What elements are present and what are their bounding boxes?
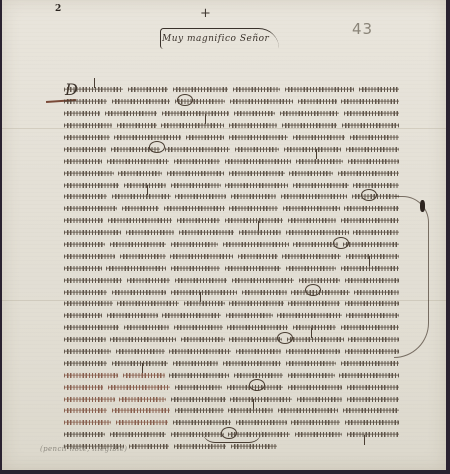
handwritten-word [348, 337, 399, 342]
folio-number: 43 [352, 20, 373, 38]
margin-flourish [394, 196, 429, 358]
handwritten-word [175, 385, 222, 390]
handwritten-word [286, 266, 337, 271]
handwritten-word [345, 278, 399, 283]
handwritten-word [112, 290, 166, 295]
manuscript-line [64, 405, 404, 417]
scan-background-edge [0, 470, 450, 474]
handwritten-word [341, 325, 400, 330]
handwritten-word [295, 432, 342, 437]
manuscript-line [64, 167, 404, 179]
handwritten-word [64, 230, 121, 235]
handwritten-word [288, 301, 340, 306]
handwritten-word [165, 147, 230, 152]
handwritten-word [234, 111, 276, 116]
handwritten-word [171, 183, 221, 188]
handwritten-word [174, 444, 226, 449]
manuscript-line [64, 346, 404, 358]
manuscript-line [64, 179, 404, 191]
handwritten-word [293, 325, 336, 330]
handwritten-word [171, 290, 237, 295]
manuscript-line [64, 215, 404, 227]
manuscript-line [64, 143, 404, 155]
ascender-stroke [316, 149, 317, 159]
handwritten-word [338, 171, 399, 176]
handwritten-word [228, 408, 273, 413]
handwritten-word [112, 194, 171, 199]
handwritten-word [232, 278, 294, 283]
handwritten-word [64, 361, 107, 366]
handwritten-word [284, 147, 341, 152]
handwritten-word [236, 349, 281, 354]
handwritten-word [64, 242, 105, 247]
handwritten-word [112, 361, 168, 366]
handwritten-word [64, 266, 102, 271]
handwritten-word [229, 301, 283, 306]
handwritten-word [105, 111, 157, 116]
handwritten-word [347, 397, 400, 402]
handwritten-word [112, 408, 170, 413]
ascender-stroke [369, 256, 370, 266]
handwritten-word [229, 337, 282, 342]
handwritten-word [344, 111, 399, 116]
handwritten-word [286, 349, 340, 354]
handwritten-word [283, 206, 340, 211]
handwritten-word [184, 301, 225, 306]
manuscript-line [64, 417, 404, 429]
handwritten-word [225, 183, 288, 188]
handwritten-word [277, 313, 341, 318]
handwritten-word [161, 123, 224, 128]
handwritten-word [353, 230, 399, 235]
manuscript-line [64, 203, 404, 215]
handwritten-word [64, 218, 103, 223]
handwritten-word [288, 373, 335, 378]
handwritten-word [169, 373, 229, 378]
handwritten-word [179, 230, 234, 235]
handwritten-word [64, 373, 118, 378]
handwritten-word [293, 135, 345, 140]
handwritten-word [64, 87, 123, 92]
handwritten-word [118, 171, 162, 176]
handwritten-word [239, 230, 281, 235]
handwritten-word [298, 99, 337, 104]
handwritten-word [288, 385, 342, 390]
handwritten-word [107, 313, 158, 318]
manuscript-line [64, 381, 404, 393]
handwritten-word [353, 183, 399, 188]
handwritten-word [107, 159, 170, 164]
manuscript-line [64, 132, 404, 144]
handwritten-word [64, 254, 115, 259]
handwritten-word [174, 159, 220, 164]
ascender-stroke [147, 185, 148, 195]
handwritten-word [225, 266, 281, 271]
handwritten-word [347, 385, 400, 390]
signature-flourish [202, 430, 262, 443]
handwritten-word [238, 254, 278, 259]
handwritten-word [64, 171, 114, 176]
handwritten-word [223, 361, 281, 366]
handwritten-word [288, 218, 337, 223]
manuscript-line [64, 286, 404, 298]
handwritten-word [173, 361, 218, 366]
handwritten-word [293, 242, 338, 247]
handwritten-word [177, 218, 220, 223]
handwritten-word [64, 135, 110, 140]
handwritten-word [175, 194, 226, 199]
handwritten-word [64, 301, 113, 306]
handwritten-word [242, 290, 287, 295]
archive-pencil-note: (pencil note, illegible) [40, 445, 127, 453]
handwritten-word [230, 397, 292, 402]
handwritten-word [173, 87, 228, 92]
handwritten-word [229, 123, 277, 128]
handwritten-word [341, 218, 399, 223]
manuscript-line [64, 298, 404, 310]
loop-flourish [277, 332, 293, 344]
handwritten-word [223, 242, 289, 247]
handwritten-word [120, 254, 166, 259]
handwritten-word [64, 325, 119, 330]
handwritten-word [173, 420, 231, 425]
handwritten-word [106, 266, 166, 271]
handwritten-word [293, 183, 348, 188]
handwritten-word [341, 266, 399, 271]
handwritten-word [342, 123, 399, 128]
handwritten-word [175, 408, 224, 413]
manuscript-line [64, 334, 404, 346]
handwritten-word [110, 432, 166, 437]
handwritten-word [345, 301, 399, 306]
handwritten-word [162, 111, 229, 116]
handwritten-word [116, 349, 165, 354]
handwritten-word [64, 111, 100, 116]
handwritten-word [225, 159, 291, 164]
handwritten-word [285, 87, 354, 92]
manuscript-line [64, 274, 404, 286]
handwritten-word [171, 397, 225, 402]
handwritten-word [64, 123, 112, 128]
handwritten-word [296, 159, 343, 164]
manuscript-line [64, 227, 404, 239]
handwritten-word [227, 325, 287, 330]
handwritten-word [64, 313, 102, 318]
handwritten-word [234, 373, 283, 378]
manuscript-line [64, 120, 404, 132]
ascender-stroke [364, 435, 365, 445]
handwritten-word [354, 290, 399, 295]
handwritten-word [344, 206, 399, 211]
manuscript-line [64, 369, 404, 381]
handwritten-word [64, 432, 105, 437]
handwritten-word [231, 194, 276, 199]
handwritten-word [112, 99, 170, 104]
handwritten-word [108, 218, 172, 223]
handwritten-word [229, 171, 284, 176]
corner-mark: 2 [55, 4, 61, 14]
handwritten-word [345, 420, 399, 425]
handwritten-word [64, 290, 107, 295]
manuscript-line [64, 108, 404, 120]
handwritten-word [117, 301, 179, 306]
handwritten-word [229, 206, 278, 211]
handwritten-word [229, 135, 288, 140]
ascender-stroke [205, 114, 206, 124]
handwritten-word [286, 230, 349, 235]
handwritten-word [64, 206, 117, 211]
handwritten-word [345, 349, 399, 354]
handwritten-word [64, 397, 115, 402]
handwritten-word [282, 123, 337, 128]
handwritten-word [164, 206, 224, 211]
handwritten-word [124, 183, 166, 188]
handwritten-word [170, 254, 233, 259]
handwritten-word [287, 337, 344, 342]
handwritten-word [278, 408, 338, 413]
handwritten-word [127, 278, 170, 283]
handwritten-word [346, 254, 399, 259]
ascender-stroke [94, 78, 95, 88]
manuscript-line [64, 155, 404, 167]
handwritten-word [64, 147, 106, 152]
handwritten-word [64, 385, 103, 390]
handwritten-word [116, 420, 169, 425]
handwritten-word [114, 135, 181, 140]
handwritten-word [343, 242, 399, 247]
manuscript-line [64, 250, 404, 262]
handwritten-word [233, 87, 281, 92]
manuscript-line [64, 239, 404, 251]
manuscript-line [64, 191, 404, 203]
handwritten-word [171, 242, 218, 247]
ascender-stroke [311, 328, 312, 338]
handwritten-word [64, 420, 111, 425]
handwritten-word [350, 135, 400, 140]
manuscript-line [64, 96, 404, 108]
handwritten-word [174, 325, 223, 330]
handwritten-word [226, 313, 273, 318]
handwritten-word [181, 337, 224, 342]
manuscript-line [64, 84, 404, 96]
handwritten-word [128, 87, 168, 92]
handwritten-word [64, 183, 119, 188]
handwritten-word [235, 147, 279, 152]
cross-mark: + [200, 6, 211, 21]
manuscript-body [64, 84, 404, 453]
handwritten-word [122, 206, 160, 211]
handwritten-word [231, 444, 277, 449]
handwritten-word [64, 349, 111, 354]
handwritten-word [126, 230, 174, 235]
handwritten-word [162, 313, 221, 318]
handwritten-word [281, 194, 347, 199]
handwritten-word [230, 99, 294, 104]
handwritten-word [108, 385, 170, 390]
handwritten-word [110, 337, 176, 342]
handwritten-word [117, 123, 157, 128]
handwritten-word [225, 218, 283, 223]
handwritten-word [341, 361, 399, 366]
manuscript-line [64, 310, 404, 322]
handwritten-word [346, 147, 399, 152]
ascender-stroke [142, 363, 143, 373]
handwritten-word [289, 171, 333, 176]
handwritten-word [64, 408, 107, 413]
handwritten-word [167, 171, 224, 176]
handwritten-word [348, 159, 399, 164]
handwritten-word [171, 266, 220, 271]
ascender-stroke [200, 292, 201, 302]
handwritten-word [119, 397, 166, 402]
manuscript-line [64, 357, 404, 369]
manuscript-line [64, 322, 404, 334]
ascender-stroke [253, 399, 254, 409]
ink-blot [420, 200, 425, 212]
handwritten-word [64, 99, 107, 104]
handwritten-word [346, 313, 399, 318]
handwritten-word [186, 135, 224, 140]
handwritten-word [282, 254, 341, 259]
loop-flourish [361, 189, 377, 201]
handwritten-word [64, 194, 107, 199]
ascender-stroke [258, 221, 259, 231]
handwritten-word [359, 87, 399, 92]
loop-flourish [177, 94, 193, 106]
handwritten-word [347, 432, 400, 437]
loop-flourish [149, 141, 165, 153]
manuscript-page: 2 + 43 Muy magnifico Señor D (pencil not… [2, 0, 446, 470]
handwritten-word [291, 420, 340, 425]
handwritten-word [64, 159, 102, 164]
handwritten-word [64, 278, 122, 283]
handwritten-word [175, 278, 228, 283]
handwritten-word [299, 278, 340, 283]
handwritten-word [110, 242, 166, 247]
handwritten-word [129, 444, 169, 449]
handwritten-word [339, 373, 399, 378]
handwritten-word [341, 99, 399, 104]
handwritten-word [123, 373, 164, 378]
manuscript-line [64, 262, 404, 274]
handwritten-word [169, 349, 231, 354]
handwritten-word [280, 111, 339, 116]
handwritten-word [297, 397, 342, 402]
loop-flourish [333, 237, 349, 249]
handwritten-word [124, 325, 169, 330]
handwritten-word [286, 361, 337, 366]
heading: Muy magnifico Señor [162, 34, 269, 44]
handwritten-word [236, 420, 287, 425]
handwritten-word [64, 337, 106, 342]
manuscript-line [64, 393, 404, 405]
handwritten-word [343, 408, 399, 413]
